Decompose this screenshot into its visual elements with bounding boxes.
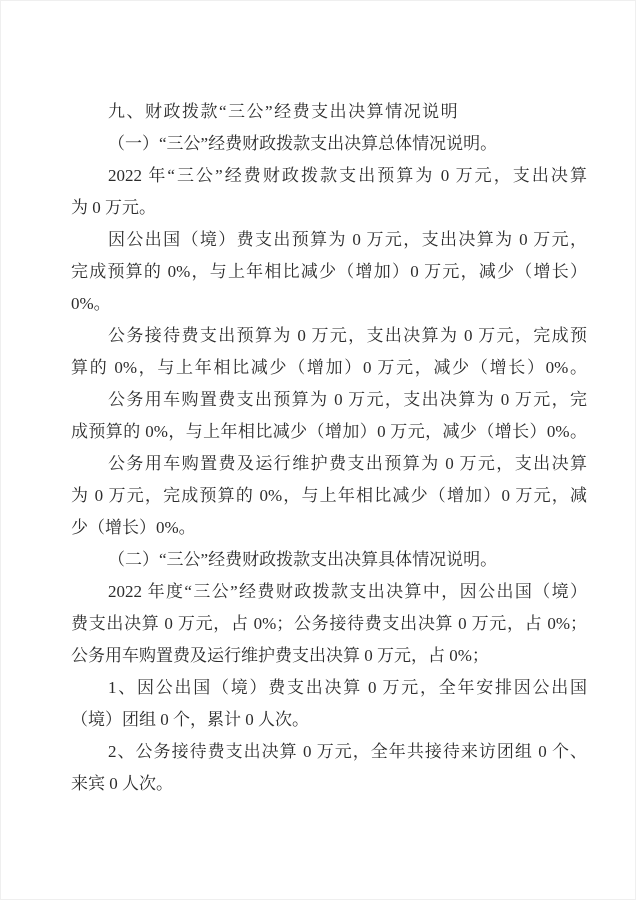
para-reception-expense: 公务接待费支出预算为 0 万元，支出决算为 0 万元，完成预 算的 0%，与上年… <box>71 320 587 384</box>
para-vehicle-purchase-maintenance-expense: 公务用车购置费及运行维护费支出预算为 0 万元，支出决算 为 0 万元，完成预算… <box>71 448 587 544</box>
text-line: 因公出国（境）费支出预算为 0 万元，支出决算为 0 万元， <box>71 224 587 256</box>
text-line: 九、财政拨款“三公”经费支出决算情况说明 <box>71 96 587 128</box>
text-line: 费支出决算 0 万元，占 0%；公务接待费支出决算 0 万元，占 0%； <box>71 608 587 640</box>
heading-section-nine: 九、财政拨款“三公”经费支出决算情况说明 <box>71 96 587 128</box>
text-line: 成预算的 0%，与上年相比减少（增加）0 万元，减少（增长）0%。 <box>71 416 587 448</box>
text-line: 公务用车购置费支出预算为 0 万元，支出决算为 0 万元，完 <box>71 384 587 416</box>
text-line: 为 0 万元。 <box>71 192 587 224</box>
text-line: 公务用车购置费及运行维护费支出决算 0 万元，占 0%； <box>71 640 587 672</box>
text-line: （一）“三公”经费财政拨款支出决算总体情况说明。 <box>71 128 587 160</box>
text-line: 公务用车购置费及运行维护费支出预算为 0 万元，支出决算 <box>71 448 587 480</box>
text-line: 少（增长）0%。 <box>71 512 587 544</box>
text-line: 2022 年“三公”经费财政拨款支出预算为 0 万元，支出决算 <box>71 160 587 192</box>
text-line: 来宾 0 人次。 <box>71 768 587 800</box>
para-vehicle-purchase-expense: 公务用车购置费支出预算为 0 万元，支出决算为 0 万元，完 成预算的 0%，与… <box>71 384 587 448</box>
para-abroad-expense: 因公出国（境）费支出预算为 0 万元，支出决算为 0 万元， 完成预算的 0%，… <box>71 224 587 320</box>
text-line: 1、因公出国（境）费支出决算 0 万元，全年安排因公出国 <box>71 672 587 704</box>
para-item1-abroad-detail: 1、因公出国（境）费支出决算 0 万元，全年安排因公出国 （境）团组 0 个，累… <box>71 672 587 736</box>
subheading-overall-situation: （一）“三公”经费财政拨款支出决算总体情况说明。 <box>71 128 587 160</box>
text-line: （二）“三公”经费财政拨款支出决算具体情况说明。 <box>71 544 587 576</box>
text-line: （境）团组 0 个，累计 0 人次。 <box>71 704 587 736</box>
text-line: 算的 0%，与上年相比减少（增加）0 万元，减少（增长）0%。 <box>71 352 587 384</box>
text-line: 为 0 万元，完成预算的 0%，与上年相比减少（增加）0 万元，减 <box>71 480 587 512</box>
document-page: 九、财政拨款“三公”经费支出决算情况说明 （一）“三公”经费财政拨款支出决算总体… <box>0 0 636 900</box>
para-2022-breakdown: 2022 年度“三公”经费财政拨款支出决算中，因公出国（境） 费支出决算 0 万… <box>71 576 587 672</box>
text-line: 公务接待费支出预算为 0 万元，支出决算为 0 万元，完成预 <box>71 320 587 352</box>
text-line: 0%。 <box>71 288 587 320</box>
para-2022-total-budget: 2022 年“三公”经费财政拨款支出预算为 0 万元，支出决算 为 0 万元。 <box>71 160 587 224</box>
text-line: 2、公务接待费支出决算 0 万元，全年共接待来访团组 0 个、 <box>71 736 587 768</box>
text-line: 2022 年度“三公”经费财政拨款支出决算中，因公出国（境） <box>71 576 587 608</box>
para-item2-reception-detail: 2、公务接待费支出决算 0 万元，全年共接待来访团组 0 个、 来宾 0 人次。 <box>71 736 587 800</box>
text-line: 完成预算的 0%，与上年相比减少（增加）0 万元，减少（增长） <box>71 256 587 288</box>
subheading-specific-situation: （二）“三公”经费财政拨款支出决算具体情况说明。 <box>71 544 587 576</box>
